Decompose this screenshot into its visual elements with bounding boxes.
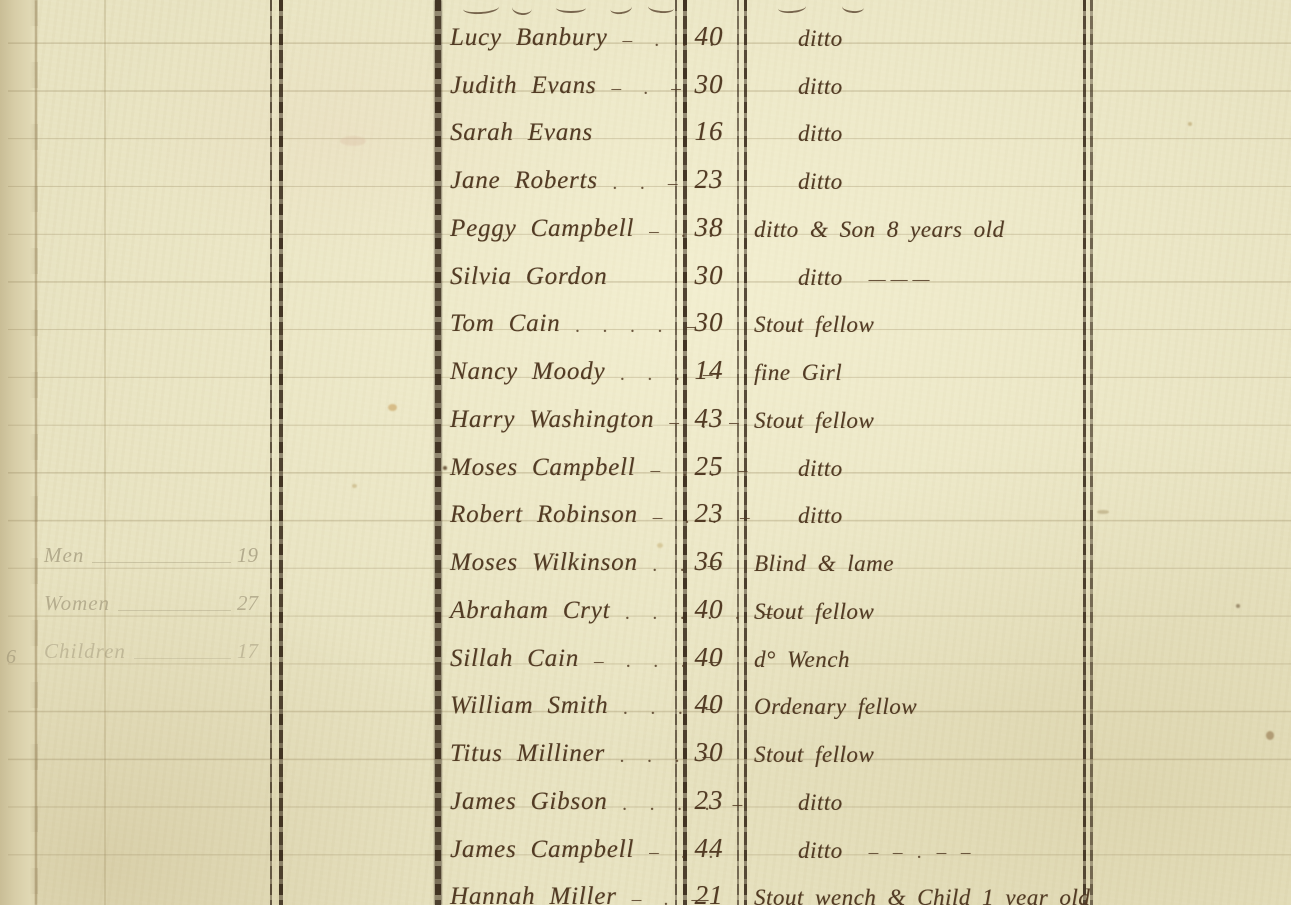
person-name: Moses Wilkinson [450,550,638,575]
description: ditto [798,27,843,50]
description-cell: ditto [754,791,1174,814]
person-name: Peggy Campbell [450,216,634,241]
description: Stout fellow [754,743,874,766]
pencil-line [134,658,231,659]
description: Blind & lame [754,552,894,575]
margin-note: Women27 [44,582,258,616]
age-value: 21 [680,882,738,905]
description-cell: ditto [754,27,1174,50]
description: ditto & Son 8 years old [754,218,1005,241]
name-cell: Harry Washington– . – [450,407,676,432]
age-value: 40 [680,644,738,671]
description: ditto [798,170,843,193]
margin-note-label: Men [44,543,84,568]
description-cell: Stout fellow [754,600,1174,623]
person-name: Judith Evans [450,73,596,98]
person-name: Abraham Cryt [450,598,610,623]
ledger-row: James Campbell– . .44ditto– – . – – [0,815,1291,855]
description: ditto [798,457,843,480]
person-name: Harry Washington [450,407,654,432]
description: ditto [798,266,843,289]
paper-stain [1097,510,1109,514]
description: ditto [798,122,843,145]
margin-note-label: Women [44,591,110,616]
pencil-line [118,610,231,611]
age-value: 25 [680,453,738,480]
description-cell: Blind & lame [754,552,1174,575]
age-value: 16 [680,118,738,145]
name-cell: Tom Cain. . . . – [450,311,676,336]
description: Stout fellow [754,313,874,336]
name-cell: Judith Evans– . – [450,73,676,98]
ledger-row: Peggy Campbell– . .38ditto & Son 8 years… [0,194,1291,234]
description-dashes: ——— [869,270,935,289]
pencil-mark-extra: 6 [6,646,16,669]
description-cell: ditto [754,122,1174,145]
age-value: 36 [680,548,738,575]
paper-stain [657,543,663,548]
name-cell: Moses Wilkinson. . – [450,550,676,575]
description: ditto [798,839,843,862]
age-value: 40 [680,23,738,50]
description-dashes: – – . – – [869,843,976,862]
age-value: 40 [680,596,738,623]
name-cell: Sarah Evans [450,120,676,145]
ledger-page: years old Lucy Banbury– . . .40dittoJudi… [0,0,1291,905]
name-cell: Robert Robinson– . . – [450,502,676,527]
ledger-row: Hannah Miller– . —21Stout wench & Child … [0,862,1291,902]
description-cell: Stout wench & Child 1 year old [754,886,1174,905]
description: ditto [798,75,843,98]
age-value: 14 [680,357,738,384]
person-name: Sillah Cain [450,646,579,671]
description: Stout fellow [754,409,874,432]
ledger-row: William Smith. . . –40Ordenary fellow [0,671,1291,711]
description-cell: Ordenary fellow [754,695,1174,718]
name-cell: Abraham Cryt. . . . . – [450,598,676,623]
pencil-line [92,562,231,563]
description-cell: ditto——— [754,266,1174,289]
description-cell: ditto [754,75,1174,98]
age-value: 30 [680,309,738,336]
ledger-row: Nancy Moody. . . –14fine Girl [0,337,1291,377]
paper-stain [443,466,447,470]
person-name: Tom Cain [450,311,560,336]
paper-stain [1188,122,1192,126]
description-cell: ditto– – . – – [754,839,1174,862]
ledger-row: Moses Campbell– . . –25ditto [0,433,1291,473]
age-value: 44 [680,835,738,862]
margin-note-value: 17 [237,639,258,664]
description: ditto [798,791,843,814]
description: Ordenary fellow [754,695,917,718]
ledger-row: Sarah Evans16ditto [0,98,1291,138]
ledger-row: James Gibson. . . . –23ditto [0,767,1291,807]
age-value: 30 [680,262,738,289]
paper-stain [352,484,357,488]
person-name: Robert Robinson [450,502,638,527]
person-name: Nancy Moody [450,359,605,384]
person-name: James Gibson [450,789,608,814]
description: Stout fellow [754,600,874,623]
description-cell: ditto [754,170,1174,193]
name-cell: James Gibson. . . . – [450,789,676,814]
description-cell: fine Girl [754,361,1174,384]
age-value: 30 [680,71,738,98]
ledger-row: Harry Washington– . –43Stout fellow [0,385,1291,425]
margin-note-value: 27 [237,591,258,616]
person-name: Hannah Miller [450,884,617,905]
age-value: 38 [680,214,738,241]
name-cell: William Smith. . . – [450,693,676,718]
description-cell: ditto & Son 8 years old [754,218,1174,241]
age-value: 43 [680,405,738,432]
person-name: Moses Campbell [450,455,636,480]
age-value: 23 [680,787,738,814]
person-name: James Campbell [450,837,634,862]
dot-leader: – . – [611,79,689,98]
description-cell: Stout fellow [754,313,1174,336]
paper-stain [340,136,366,146]
description: fine Girl [754,361,842,384]
margin-note: Children17 [44,630,258,664]
age-value: 23 [680,166,738,193]
name-cell: James Campbell– . . [450,837,676,862]
name-cell: Peggy Campbell– . . [450,216,676,241]
age-value: 23 [680,500,738,527]
margin-note-value: 19 [237,543,258,568]
description-cell: Stout fellow [754,409,1174,432]
paper-stain [388,404,397,411]
description: ditto [798,504,843,527]
description: d° Wench [754,648,850,671]
ledger-row: Judith Evans– . –30ditto [0,51,1291,91]
description-cell: d° Wench [754,648,1174,671]
margin-note-label: Children [44,639,126,664]
ledger-row: Tom Cain. . . . –30Stout fellow [0,289,1291,329]
name-cell: Silvia Gordon [450,264,676,289]
person-name: Silvia Gordon [450,264,607,289]
name-cell: Sillah Cain– . . . – [450,646,676,671]
margin-note: Men19 [44,534,258,568]
name-cell: Hannah Miller– . — [450,884,676,905]
name-cell: Lucy Banbury– . . . [450,25,676,50]
description-cell: ditto [754,457,1174,480]
person-name: Titus Milliner [450,741,605,766]
age-value: 40 [680,691,738,718]
paper-stain [1236,604,1240,608]
name-cell: Titus Milliner. . . – [450,741,676,766]
ledger-row: Jane Roberts. . –23ditto [0,146,1291,186]
person-name: Sarah Evans [450,120,593,145]
ledger-row: Lucy Banbury– . . .40ditto [0,3,1291,43]
age-value: 30 [680,739,738,766]
ledger-row: Silvia Gordon30ditto——— [0,242,1291,282]
description-cell: Stout fellow [754,743,1174,766]
name-cell: Moses Campbell– . . – [450,455,676,480]
paper-stain [1266,731,1274,740]
ledger-row: Robert Robinson– . . –23ditto [0,480,1291,520]
ledger-row: Titus Milliner. . . –30Stout fellow [0,719,1291,759]
person-name: Lucy Banbury [450,25,608,50]
name-cell: Jane Roberts. . – [450,168,676,193]
description: Stout wench & Child 1 year old [754,886,1090,905]
dot-leader: . . – [613,174,687,193]
person-name: Jane Roberts [450,168,598,193]
person-name: William Smith [450,693,608,718]
description-cell: ditto [754,504,1174,527]
name-cell: Nancy Moody. . . – [450,359,676,384]
